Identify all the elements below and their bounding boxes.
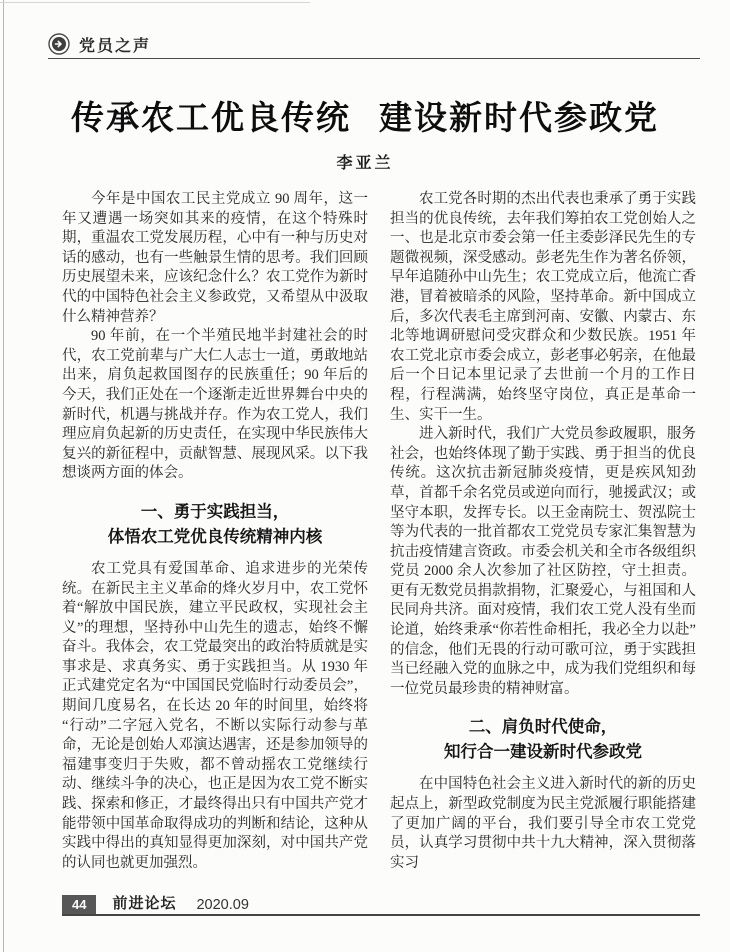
section-header: 党员之声 bbox=[48, 30, 698, 58]
article-title: 传承农工优良传统建设新时代参政党 bbox=[0, 92, 730, 139]
section-heading-2-line2: 知行合一建设新时代参政党 bbox=[390, 739, 696, 764]
page-top-edge-line bbox=[0, 2, 310, 3]
header-rule bbox=[48, 58, 700, 59]
paragraph: 农工党具有爱国革命、追求进步的光荣传统。在新民主主义革命的烽火岁月中，农工党怀着… bbox=[62, 560, 368, 874]
article-title-part2: 建设新时代参政党 bbox=[379, 99, 659, 136]
article-body: 今年是中国农工民主党成立 90 周年，这一年又遭遇一场突如其来的疫情，在这个特殊… bbox=[62, 190, 696, 892]
paragraph: 农工党各时期的杰出代表也秉承了勇于实践担当的优良传统，去年我们筹拍农工党创始人之… bbox=[390, 190, 696, 425]
section-heading-1: 一、勇于实践担当， 体悟农工党优良传统精神内核 bbox=[62, 499, 368, 549]
right-column: 农工党各时期的杰出代表也秉承了勇于实践担当的优良传统，去年我们筹拍农工党创始人之… bbox=[390, 190, 696, 892]
section-heading-2-line1: 二、肩负时代使命， bbox=[390, 714, 696, 739]
page-number-badge: 44 bbox=[62, 895, 96, 914]
magazine-page: 党员之声 传承农工优良传统建设新时代参政党 李亚兰 今年是中国农工民主党成立 9… bbox=[0, 0, 730, 952]
section-heading-1-line1: 一、勇于实践担当， bbox=[62, 499, 368, 524]
section-heading-2: 二、肩负时代使命， 知行合一建设新时代参政党 bbox=[390, 714, 696, 764]
paragraph: 进入新时代，我们广大党员参政履职，服务社会，也始终体现了勤于实践、勇于担当的优良… bbox=[390, 425, 696, 699]
paragraph: 今年是中国农工民主党成立 90 周年，这一年又遭遇一场突如其来的疫情，在这个特殊… bbox=[62, 190, 368, 327]
section-label: 党员之声 bbox=[79, 33, 151, 56]
circled-right-arrow-icon bbox=[48, 33, 70, 55]
journal-name: 前进论坛 bbox=[112, 892, 176, 914]
left-column: 今年是中国农工民主党成立 90 周年，这一年又遭遇一场突如其来的疫情，在这个特殊… bbox=[62, 190, 368, 892]
paragraph: 在中国特色社会主义进入新时代的新的历史起点上，新型政党制度为民主党派履行职能搭建… bbox=[390, 775, 696, 873]
page-edge-line bbox=[3, 0, 4, 952]
issue-date: 2020.09 bbox=[196, 897, 248, 914]
author-name: 李亚兰 bbox=[0, 150, 730, 173]
page-footer: 44 前进论坛 2020.09 bbox=[62, 892, 700, 916]
section-heading-1-line2: 体悟农工党优良传统精神内核 bbox=[62, 524, 368, 549]
paragraph: 90 年前，在一个半殖民地半封建社会的时代，农工党前辈与广大仁人志士一道，勇敢地… bbox=[62, 327, 368, 484]
article-title-part1: 传承农工优良传统 bbox=[71, 99, 351, 136]
